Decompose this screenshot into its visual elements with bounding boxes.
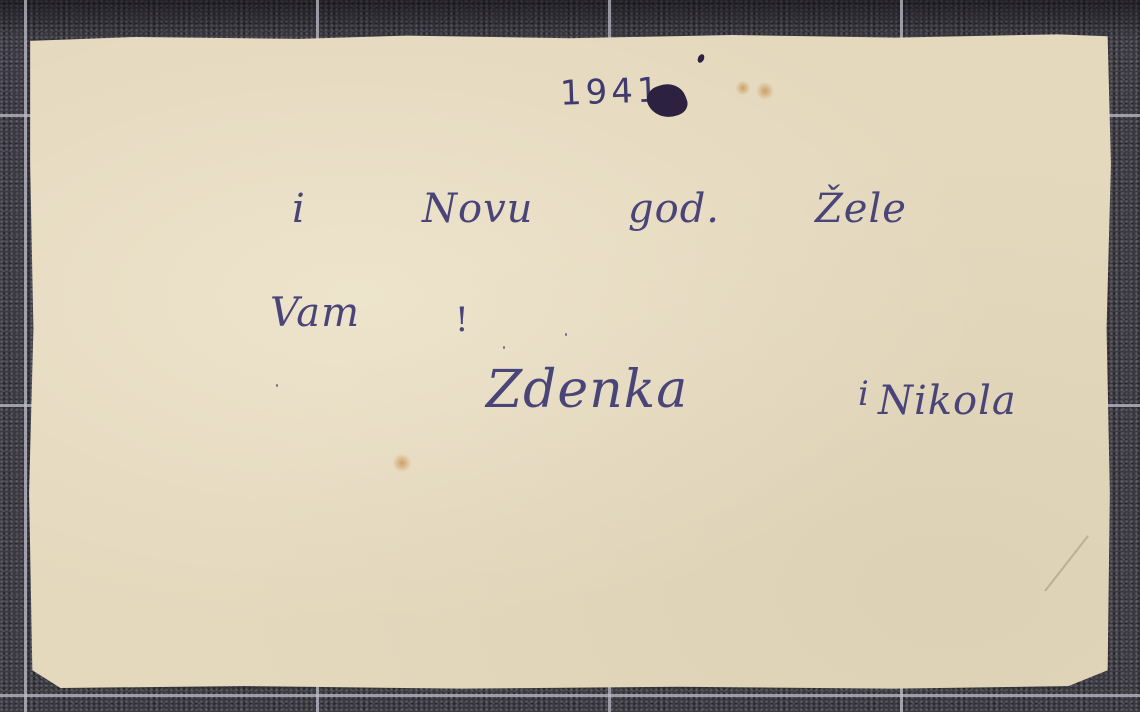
mat-shadow-top: [0, 0, 1140, 40]
ink-speck: [565, 333, 567, 336]
handwritten-word: Vam: [270, 290, 360, 336]
handwritten-exclamation: !: [455, 300, 470, 340]
signature-name: Nikola: [878, 378, 1017, 424]
ink-speck: [276, 384, 278, 387]
signature-conjunction: i: [858, 374, 870, 414]
foxing-stain: [392, 454, 412, 472]
handwritten-word: i: [292, 186, 306, 232]
signature-name: Zdenka: [486, 360, 688, 420]
handwritten-word: Žele: [815, 186, 907, 232]
foxing-stain: [736, 80, 750, 96]
handwritten-word: god.: [628, 186, 720, 232]
foxing-stain: [756, 82, 774, 100]
ink-speck: [503, 346, 505, 349]
mat-gridline-horizontal: [0, 694, 1140, 697]
handwritten-word: Novu: [422, 186, 533, 232]
mat-gridline-vertical: [24, 0, 27, 712]
